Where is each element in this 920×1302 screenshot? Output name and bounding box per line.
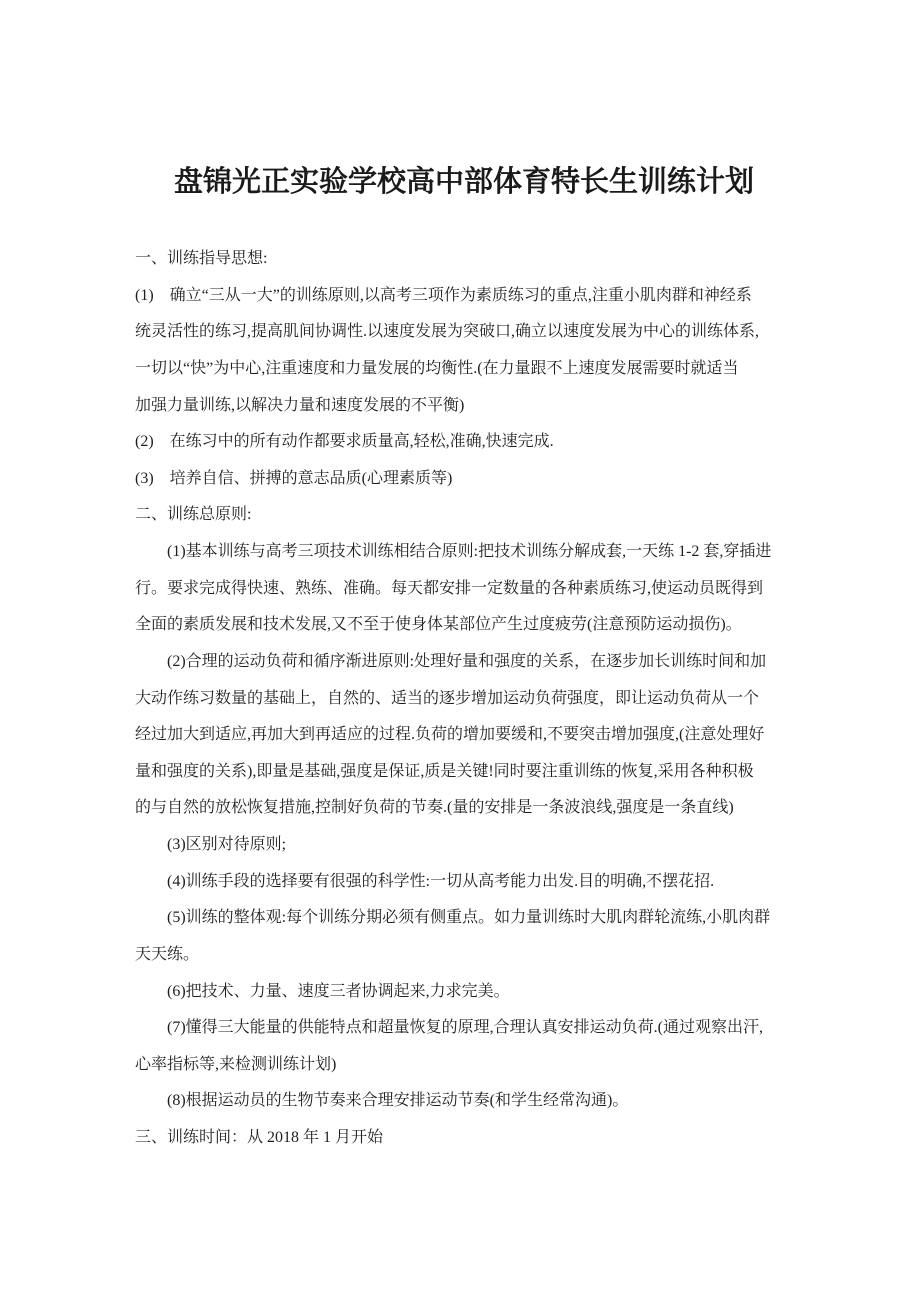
- text-line: (1)基本训练与高考三项技术训练相结合原则:把技术训练分解成套,一天练 1-2 …: [135, 534, 795, 571]
- text-line: (7)懂得三大能量的供能特点和超量恢复的原理,合理认真安排运动负荷.(通过观察出…: [135, 1010, 795, 1047]
- text-line: (6)把技术、力量、速度三者协调起来,力求完美。: [135, 974, 795, 1011]
- text-line: (8)根据运动员的生物节奏来合理安排运动节奏(和学生经常沟通)。: [135, 1083, 795, 1120]
- text-line: (5)训练的整体观:每个训练分期必须有侧重点。如力量训练时大肌肉群轮流练,小肌肉…: [135, 900, 795, 937]
- section-heading-1: 一、训练指导思想:: [135, 241, 795, 278]
- text-line: 行。要求完成得快速、熟练、准确。每天都安排一定数量的各种素质练习,使运动员既得到: [135, 571, 795, 608]
- text-line: 心率指标等,来检测训练计划): [135, 1047, 795, 1084]
- text-line: (3) 培养自信、拼搏的意志品质(心理素质等): [135, 461, 795, 498]
- document-title: 盘锦光正实验学校高中部体育特长生训练计划: [135, 163, 793, 201]
- text-line: 天天练。: [135, 937, 795, 974]
- section-heading-2: 二、训练总原则:: [135, 497, 795, 534]
- text-line: 统灵活性的练习,提高肌间协调性.以速度发展为突破口,确立以速度发展为中心的训练体…: [135, 314, 795, 351]
- text-line: (2)合理的运动负荷和循序渐进原则:处理好量和强度的关系，在逐步加长训练时间和加: [135, 644, 795, 681]
- section-heading-3: 三、训练时间：从 2018 年 1 月开始: [135, 1120, 795, 1157]
- text-line: 经过加大到适应,再加大到再适应的过程.负荷的增加要缓和,不要突击增加强度,(注意…: [135, 717, 795, 754]
- text-line: 加强力量训练,以解决力量和速度发展的不平衡): [135, 388, 795, 425]
- document-body: 一、训练指导思想: (1) 确立“三从一大”的训练原则,以高考三项作为素质练习的…: [135, 241, 795, 1157]
- text-line: (1) 确立“三从一大”的训练原则,以高考三项作为素质练习的重点,注重小肌肉群和…: [135, 278, 795, 315]
- text-line: 一切以“快”为中心,注重速度和力量发展的均衡性.(在力量跟不上速度发展需要时就适…: [135, 351, 795, 388]
- text-line: 大动作练习数量的基础上，自然的、适当的逐步增加运动负荷强度，即让运动负荷从一个: [135, 681, 795, 718]
- text-line: (3)区别对待原则;: [135, 827, 795, 864]
- text-line: 全面的素质发展和技术发展,又不至于使身体某部位产生过度疲劳(注意预防运动损伤)。: [135, 607, 795, 644]
- text-line: 量和强度的关系),即量是基础,强度是保证,质是关键!同时要注重训练的恢复,采用各…: [135, 754, 795, 791]
- text-line: (4)训练手段的选择要有很强的科学性:一切从高考能力出发.目的明确,不摆花招.: [135, 864, 795, 901]
- text-line: 的与自然的放松恢复措施,控制好负荷的节奏.(量的安排是一条波浪线,强度是一条直线…: [135, 790, 795, 827]
- text-line: (2) 在练习中的所有动作都要求质量高,轻松,准确,快速完成.: [135, 424, 795, 461]
- document-page: 盘锦光正实验学校高中部体育特长生训练计划 一、训练指导思想: (1) 确立“三从…: [0, 0, 920, 1302]
